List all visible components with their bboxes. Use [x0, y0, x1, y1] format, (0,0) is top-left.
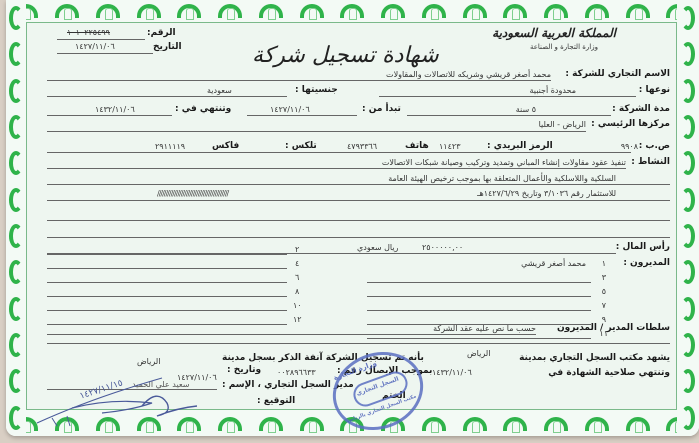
ornament-icon — [7, 3, 25, 33]
ornament-icon — [7, 221, 25, 251]
nationality-value: سعودية — [207, 86, 232, 95]
activity-label: النشاط : — [631, 157, 670, 167]
ornament-icon — [582, 2, 612, 20]
ornament-icon — [7, 330, 25, 360]
capital-label: رأس المال : — [616, 242, 670, 252]
ornament-icon — [256, 415, 286, 433]
ornament-icon — [7, 257, 25, 287]
divider — [47, 131, 586, 132]
divider — [367, 310, 591, 311]
ministry-name: وزارة التجارة و الصناعة — [530, 43, 598, 51]
receipt-number: ٠٠٢٨٩٦٦٣٣ — [277, 368, 316, 377]
start-value: ١٤٢٧/١١/٠٦ — [270, 105, 310, 114]
number-value: ١٠١٠٢٢٥٤٩٩ — [67, 28, 110, 37]
hq-label: مركزها الرئيسي : — [591, 119, 670, 129]
manager-number: ٨ — [295, 287, 299, 296]
telex-label: تلكس : — [285, 141, 317, 151]
phone-label: هاتف — [405, 141, 429, 151]
ornament-icon — [7, 366, 25, 396]
number-label: الرقم: — [147, 28, 176, 38]
ornament-icon — [500, 2, 530, 20]
manager-number: ٤ — [295, 259, 299, 268]
divider — [47, 282, 287, 283]
divider — [47, 310, 287, 311]
divider — [47, 80, 551, 81]
ornament-icon — [541, 415, 571, 433]
date-label: التاريخ — [153, 42, 182, 52]
phone-value: ٤٧٩٣٣٦٦ — [347, 142, 377, 151]
hq-value: الرياض - العليا — [539, 120, 586, 129]
divider — [47, 237, 670, 238]
validity-date: ١٤٣٢/١١/٠٦ — [432, 368, 472, 377]
ornament-icon — [679, 76, 697, 106]
ornament-icon — [679, 112, 697, 142]
ornament-icon — [7, 76, 25, 106]
border-right — [677, 0, 699, 436]
type-label: نوعها : — [639, 85, 670, 95]
ornament-icon — [7, 185, 25, 215]
ornament-icon — [174, 2, 204, 20]
ornament-icon — [623, 2, 653, 20]
ornament-icon — [7, 294, 25, 324]
divider — [57, 53, 153, 54]
postal-code-value: ١١٤٢٣ — [439, 142, 460, 151]
divider — [47, 115, 172, 116]
ornament-icon — [297, 2, 327, 20]
certification-city: الرياض — [467, 349, 490, 358]
activity-line: للاستثمار رقم ٣/١٠٣٦ وتاريخ ١٤٢٧/٦/٢٩هـ — [477, 189, 616, 198]
ornament-icon — [679, 294, 697, 324]
divider — [47, 254, 287, 255]
divider — [407, 115, 611, 116]
end-label: وتنتهي في : — [175, 104, 231, 114]
manager-number: ٢ — [295, 245, 299, 254]
capital-currency: ريال سعودي — [357, 243, 398, 252]
date-value: ١٤٢٧/١١/٠٦ — [75, 42, 115, 51]
start-label: تبدأ من : — [362, 104, 401, 114]
postal-code-label: الرمز البريدي : — [487, 141, 553, 151]
end-value: ١٤٣٢/١١/٠٦ — [95, 105, 135, 114]
ornament-icon — [460, 2, 490, 20]
ornament-icon — [679, 403, 697, 433]
ornament-icon — [256, 2, 286, 20]
border-top — [6, 0, 699, 22]
activity-line: السلكية واللاسلكية والأعمال المتعلقة بها… — [388, 174, 616, 183]
ornament-icon — [623, 415, 653, 433]
receipt-date-label: وتاريخ : — [227, 365, 261, 375]
divider — [367, 338, 591, 339]
ornament-icon — [378, 2, 408, 20]
ornament-icon — [93, 2, 123, 20]
ornament-icon — [679, 366, 697, 396]
divider — [47, 96, 287, 97]
kingdom-name: المملكة العربية السعودية — [492, 26, 616, 40]
divider — [47, 184, 670, 185]
ornament-icon — [679, 330, 697, 360]
manager-number: ٧ — [602, 301, 606, 310]
divider — [47, 324, 287, 325]
manager-number: ٦ — [295, 273, 299, 282]
ornament-icon — [7, 148, 25, 178]
divider — [47, 220, 670, 221]
manager-number: ٥ — [602, 287, 606, 296]
divider — [247, 115, 357, 116]
ornament-icon — [679, 148, 697, 178]
manager-number: ٣ — [602, 273, 606, 282]
validity-label: وتنتهي صلاحية الشهادة في — [548, 368, 670, 378]
ornament-icon — [679, 3, 697, 33]
ornament-icon — [52, 2, 82, 20]
ornament-icon — [7, 39, 25, 69]
ornament-icon — [541, 2, 571, 20]
duration-label: مدة الشركة : — [612, 104, 670, 114]
certificate-body: المملكة العربية السعودية وزارة التجارة و… — [26, 22, 677, 410]
certificate-sheet: المملكة العربية السعودية وزارة التجارة و… — [6, 0, 699, 436]
manager-number: ١٠ — [293, 301, 302, 310]
ornament-icon — [679, 257, 697, 287]
ornament-icon — [7, 403, 25, 433]
duration-value: ٥ سنة — [516, 105, 536, 114]
ornament-icon — [679, 221, 697, 251]
ornament-icon — [679, 39, 697, 69]
ornament-icon — [419, 2, 449, 20]
signature-icon — [32, 368, 212, 428]
ornament-icon — [297, 415, 327, 433]
capital-value: ٢٥٠٠٠٠٠,٠٠ — [422, 243, 463, 252]
signature-label: التوقيع : — [257, 396, 295, 406]
divider — [47, 200, 670, 201]
trade-name-value: محمد أصغر قريشي وشريكه للاتصالات والمقاو… — [386, 70, 551, 79]
divider — [367, 282, 591, 283]
activity-line: تنفيذ عقود مقاولات إنشاء المباني وتمديد … — [382, 158, 626, 167]
ornament-icon — [419, 415, 449, 433]
certification-prefix: يشهد مكتب السجل التجاري بمدينة — [519, 353, 670, 363]
managers-label: المديرون : — [623, 258, 670, 268]
manager-number: ١ — [602, 259, 606, 268]
divider — [379, 96, 636, 97]
divider — [47, 296, 287, 297]
fax-value: ٢٩١١١١٩ — [155, 142, 185, 151]
ornament-icon — [337, 2, 367, 20]
ornament-icon — [582, 415, 612, 433]
ornament-icon — [7, 112, 25, 142]
ornament-icon — [215, 2, 245, 20]
divider — [367, 296, 591, 297]
ornament-icon — [679, 185, 697, 215]
page-title: شهادة تسجيل شركة — [252, 43, 439, 68]
po-box-value: ٩٩٠٨ — [621, 142, 638, 151]
certification-city-2: الرياض — [137, 357, 160, 366]
strike-filler: ////////////////////////////////////////… — [157, 189, 228, 198]
ornament-icon — [500, 415, 530, 433]
authority-value: حسب ما نص عليه عقد الشركة — [433, 324, 536, 333]
type-value: محدودة أجنبية — [529, 86, 576, 95]
divider — [47, 152, 631, 153]
manager-number: ١٢ — [293, 315, 302, 324]
divider — [47, 343, 670, 344]
nationality-label: جنسيتها : — [295, 85, 338, 95]
po-box-label: ص.ب : — [639, 141, 670, 151]
divider — [47, 268, 287, 269]
manager-name: محمد أصغر قريشي — [521, 259, 586, 268]
fax-label: فاكس — [212, 141, 239, 151]
divider — [57, 39, 145, 40]
ornament-icon — [215, 415, 245, 433]
divider — [47, 168, 626, 169]
ornament-icon — [134, 2, 164, 20]
ornament-icon — [460, 415, 490, 433]
authority-label: سلطات المدير / المديرون — [557, 323, 670, 333]
border-left — [6, 0, 26, 436]
divider — [47, 334, 536, 335]
trade-name-label: الاسم التجاري للشركة : — [565, 69, 670, 79]
